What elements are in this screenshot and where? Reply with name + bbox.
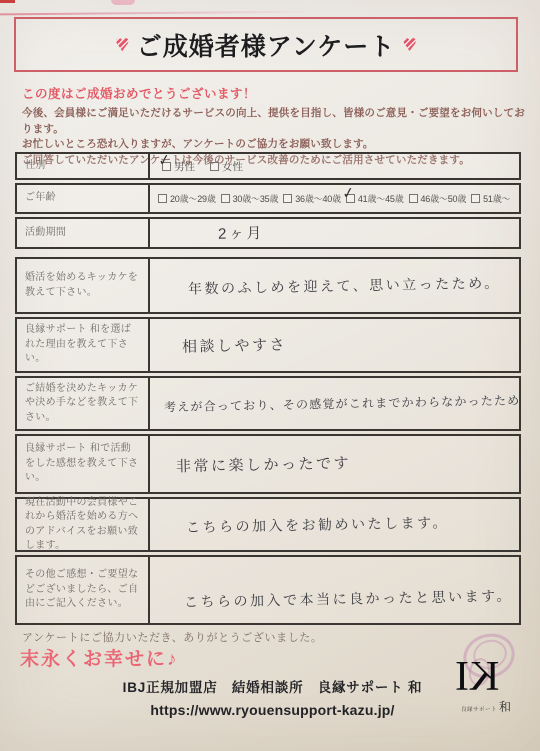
question-row: 良縁サポート 和で活動をした感想を教えて下さい。 非常に楽しかったです	[15, 434, 521, 494]
photo-artifact-red-mark	[0, 0, 15, 3]
handwritten-check-icon: ✓	[157, 154, 173, 169]
checkbox	[221, 194, 230, 203]
question-label: 良縁サポート 和を選ばれた理由を教えて下さい。	[17, 319, 150, 371]
answer-cell: こちらの加入をお勧めいたします。	[150, 499, 519, 550]
thanks-text: アンケートにご協力いただき、ありがとうございました。	[22, 629, 323, 645]
handwritten-answer: 2ヶ月	[150, 221, 264, 244]
gender-options: ✓ 男性 ✓ 女性	[150, 159, 243, 174]
gender-label: 性別	[17, 154, 150, 178]
handwritten-check-icon: ✓	[340, 185, 355, 203]
answer-cell: 年数のふしめを迎えて、思い立ったため。	[150, 259, 519, 312]
option-label: 30歳～35歳	[233, 192, 279, 205]
heart-icon: ♥	[402, 32, 417, 57]
checkbox	[409, 194, 418, 203]
question-row: ご結婚を決めたキッカケや決め手などを教えて下さい。 考えが合っており、その感覚が…	[15, 376, 521, 431]
decorative-pink-line	[0, 11, 312, 16]
question-label: ご結婚を決めたキッカケや決め手などを教えて下さい。	[17, 378, 150, 429]
answer-cell: 非常に楽しかったです	[150, 436, 519, 492]
title-box: ♥ ご成婚者様アンケート ♥	[14, 17, 518, 72]
company-name: IBJ正規加盟店 結婚相談所 良縁サポート 和	[85, 676, 460, 696]
logo-subtext: 良縁サポート 和	[461, 702, 511, 713]
age-label: ご年齢	[17, 185, 150, 212]
question-row: 婚活を始めるキッカケを教えて下さい。 年数のふしめを迎えて、思い立ったため。	[15, 257, 521, 314]
option-label: 20歳～29歳	[170, 192, 216, 205]
intro-line: お忙しいところ恐れ入りますが、アンケートのご協力をお願い致します。	[22, 137, 528, 153]
answer-cell: こちらの加入で本当に良かったと思います。	[150, 557, 519, 623]
company-url: https://www.ryouensupport-kazu.jp/	[85, 702, 460, 718]
age-option: ✓ 30歳～35歳	[221, 192, 279, 205]
row-age: ご年齢 ✓ 20歳～29歳 ✓ 30歳～35歳 ✓	[15, 183, 521, 214]
intro-line: 今後、会員様にご満足いただけるサービスの向上、提供を目指し、皆様のご意見・ご要望…	[22, 106, 528, 137]
age-option: ✓ 51歳～	[471, 192, 510, 205]
option-label: 男性	[174, 159, 195, 174]
footer-company-block: IBJ正規加盟店 結婚相談所 良縁サポート 和 https://www.ryou…	[85, 676, 460, 718]
question-row: その他ご感想・ご要望などございましたら、ご自由にご記入ください。 こちらの加入で…	[15, 555, 521, 625]
heart-icon: ♥	[115, 32, 130, 57]
row-gender: 性別 ✓ 男性 ✓ 女性	[15, 152, 521, 180]
period-answer-cell: 2ヶ月	[150, 219, 519, 247]
age-option: ✓ 20歳～29歳	[158, 192, 216, 205]
logo-letter-i: I	[455, 656, 469, 698]
age-option: ✓ 36歳～40歳	[283, 192, 341, 205]
gender-answer-cell: ✓ 男性 ✓ 女性	[150, 154, 519, 178]
handwritten-answer: 考えが合っており、その感覚がこれまでかわらなかったため	[150, 391, 519, 415]
logo-letter-k-mirrored: K	[469, 656, 499, 698]
photo-artifact-pink-smudge	[111, 0, 135, 5]
question-label: 婚活を始めるキッカケを教えて下さい。	[17, 259, 150, 312]
age-answer-cell: ✓ 20歳～29歳 ✓ 30歳～35歳 ✓ 36歳～40歳	[150, 185, 519, 212]
question-label: 現在活動中の会員様やこれから婚活を始める方へのアドバイスをお願い致します。	[17, 499, 150, 550]
logo-subtext-big: 和	[499, 702, 511, 713]
paper-background: ♥ ご成婚者様アンケート ♥ この度はご成婚おめでとうございます！ 今後、会員様…	[0, 0, 540, 751]
handwritten-answer: 年数のふしめを迎えて、思い立ったため。	[150, 272, 501, 299]
question-row: 現在活動中の会員様やこれから婚活を始める方へのアドバイスをお願い致します。 こち…	[15, 497, 521, 552]
option-label: 36歳～40歳	[295, 192, 341, 205]
logo-monogram: I K	[455, 656, 499, 698]
question-row: 良縁サポート 和を選ばれた理由を教えて下さい。 相談しやすさ	[15, 317, 521, 373]
checkbox	[210, 162, 219, 171]
age-option: ✓ 41歳～45歳	[346, 192, 404, 205]
age-options: ✓ 20歳～29歳 ✓ 30歳～35歳 ✓ 36歳～40歳	[150, 192, 510, 205]
handwritten-answer: 非常に楽しかったです	[150, 452, 351, 477]
answer-cell: 考えが合っており、その感覚がこれまでかわらなかったため	[150, 378, 519, 429]
gender-option-female: ✓ 女性	[210, 159, 243, 174]
checkbox	[283, 194, 292, 203]
handwritten-answer: こちらの加入で本当に良かったと思います。	[150, 586, 513, 613]
gender-option-male: ✓ 男性	[162, 159, 195, 174]
row-period: 活動期間 2ヶ月	[15, 217, 521, 249]
option-label: 46歳～50歳	[421, 192, 467, 205]
checkbox	[158, 194, 167, 203]
age-option: ✓ 46歳～50歳	[409, 192, 467, 205]
question-label: 良縁サポート 和で活動をした感想を教えて下さい。	[17, 436, 150, 492]
answer-cell: 相談しやすさ	[150, 319, 519, 371]
handwritten-answer: こちらの加入をお勧めいたします。	[150, 512, 449, 538]
option-label: 女性	[222, 159, 243, 174]
questionnaire-table: 性別 ✓ 男性 ✓ 女性 ご年齢	[15, 152, 521, 628]
option-label: 51歳～	[483, 192, 510, 205]
period-label: 活動期間	[17, 219, 150, 247]
company-logo: I K 良縁サポート 和	[447, 634, 533, 726]
question-label: その他ご感想・ご要望などございましたら、ご自由にご記入ください。	[17, 557, 150, 623]
option-label: 41歳～45歳	[358, 192, 404, 205]
handwritten-answer: 相談しやすさ	[150, 333, 287, 357]
page-title: ご成婚者様アンケート	[137, 27, 396, 63]
checkbox	[471, 194, 480, 203]
logo-subtext-small: 良縁サポート	[461, 705, 497, 713]
best-wishes-text: 末永くお幸せに♪	[20, 644, 179, 671]
intro-headline: この度はご成婚おめでとうございます！	[22, 84, 528, 102]
